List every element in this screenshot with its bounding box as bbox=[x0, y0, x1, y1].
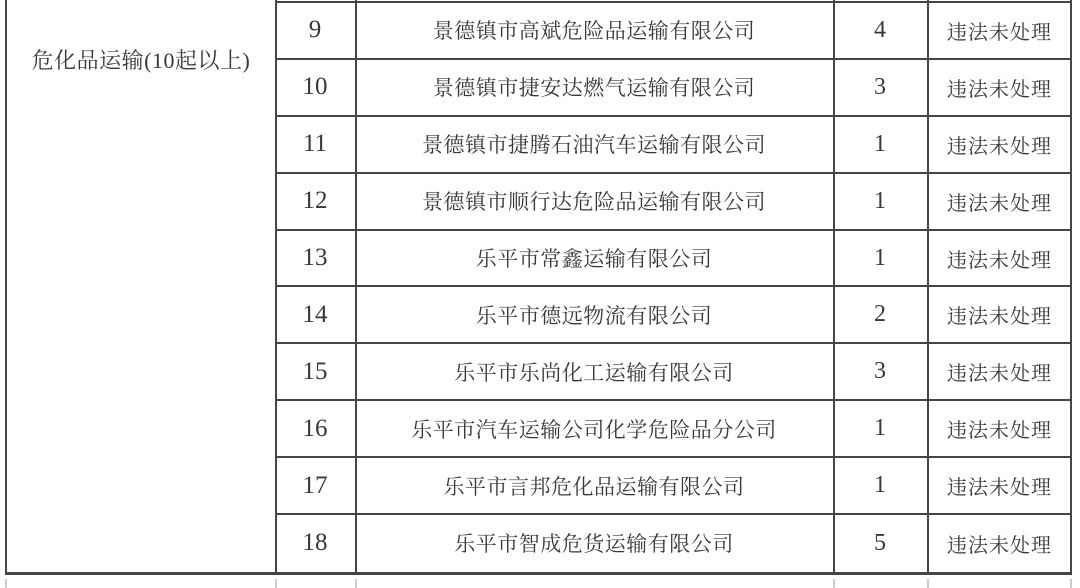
company-name-cell: 乐平市言邦危化品运输有限公司 bbox=[355, 458, 833, 513]
table-row: 11 景德镇市捷腾石油汽车运输有限公司 1 违法未处理 bbox=[275, 117, 1072, 174]
grid-line-category-number bbox=[275, 0, 277, 575]
grid-line-stub bbox=[355, 579, 357, 588]
row-number-cell: 16 bbox=[275, 401, 355, 456]
company-name-cell: 景德镇市顺行达危险品运输有限公司 bbox=[355, 174, 833, 229]
violation-count-cell: 1 bbox=[833, 117, 927, 172]
grid-line-count-status bbox=[927, 0, 929, 575]
row-number-cell: 10 bbox=[275, 60, 355, 115]
row-number-cell: 13 bbox=[275, 231, 355, 286]
table-row: 9 景德镇市高斌危险品运输有限公司 4 违法未处理 bbox=[275, 3, 1072, 60]
row-number-cell: 18 bbox=[275, 515, 355, 572]
table-row: 16 乐平市汽车运输公司化学危险品分公司 1 违法未处理 bbox=[275, 401, 1072, 458]
company-name-cell: 乐平市常鑫运输有限公司 bbox=[355, 231, 833, 286]
table-rows: 9 景德镇市高斌危险品运输有限公司 4 违法未处理 10 景德镇市捷安达燃气运输… bbox=[275, 1, 1072, 572]
row-number-cell: 12 bbox=[275, 174, 355, 229]
grid-line-stub bbox=[1070, 579, 1072, 588]
company-name-cell: 乐平市汽车运输公司化学危险品分公司 bbox=[355, 401, 833, 456]
table-row: 17 乐平市言邦危化品运输有限公司 1 违法未处理 bbox=[275, 458, 1072, 515]
status-cell: 违法未处理 bbox=[927, 117, 1072, 172]
violation-count-cell: 2 bbox=[833, 287, 927, 342]
row-number-cell: 9 bbox=[275, 3, 355, 58]
table-row: 13 乐平市常鑫运输有限公司 1 违法未处理 bbox=[275, 231, 1072, 288]
violation-count-cell: 1 bbox=[833, 401, 927, 456]
table-bottom-rule bbox=[5, 572, 1072, 575]
table-row: 10 景德镇市捷安达燃气运输有限公司 3 违法未处理 bbox=[275, 60, 1072, 117]
grid-line-left-border bbox=[5, 0, 7, 575]
company-name-cell: 景德镇市捷腾石油汽车运输有限公司 bbox=[355, 117, 833, 172]
row-number-cell: 14 bbox=[275, 287, 355, 342]
row-number-cell: 11 bbox=[275, 117, 355, 172]
violation-count-cell: 1 bbox=[833, 231, 927, 286]
grid-line-stub bbox=[927, 579, 929, 588]
company-name-cell: 乐平市乐尚化工运输有限公司 bbox=[355, 344, 833, 399]
status-cell: 违法未处理 bbox=[927, 344, 1072, 399]
status-cell: 违法未处理 bbox=[927, 60, 1072, 115]
grid-line-company-count bbox=[833, 0, 835, 575]
table-row: 14 乐平市德远物流有限公司 2 违法未处理 bbox=[275, 287, 1072, 344]
row-number-cell: 17 bbox=[275, 458, 355, 513]
status-cell: 违法未处理 bbox=[927, 515, 1072, 572]
violation-count-cell: 1 bbox=[833, 458, 927, 513]
status-cell: 违法未处理 bbox=[927, 174, 1072, 229]
row-number-cell: 15 bbox=[275, 344, 355, 399]
status-cell: 违法未处理 bbox=[927, 458, 1072, 513]
table-row: 18 乐平市智成危货运输有限公司 5 违法未处理 bbox=[275, 515, 1072, 572]
grid-line-stub bbox=[5, 579, 7, 588]
company-name-cell: 乐平市德远物流有限公司 bbox=[355, 287, 833, 342]
status-cell: 违法未处理 bbox=[927, 287, 1072, 342]
company-name-cell: 景德镇市捷安达燃气运输有限公司 bbox=[355, 60, 833, 115]
company-name-cell: 乐平市智成危货运输有限公司 bbox=[355, 515, 833, 572]
document-table-screenshot: 危化品运输(10起以上) 9 景德镇市高斌危险品运输有限公司 4 违法未处理 1… bbox=[0, 0, 1080, 588]
violation-count-cell: 3 bbox=[833, 344, 927, 399]
violation-count-cell: 1 bbox=[833, 174, 927, 229]
grid-line-stub bbox=[833, 579, 835, 588]
violation-count-cell: 3 bbox=[833, 60, 927, 115]
company-name-cell: 景德镇市高斌危险品运输有限公司 bbox=[355, 3, 833, 58]
violation-table: 危化品运输(10起以上) 9 景德镇市高斌危险品运输有限公司 4 违法未处理 1… bbox=[5, 0, 1072, 588]
table-row: 12 景德镇市顺行达危险品运输有限公司 1 违法未处理 bbox=[275, 174, 1072, 231]
grid-line-right-border bbox=[1070, 0, 1072, 575]
status-cell: 违法未处理 bbox=[927, 401, 1072, 456]
violation-count-cell: 4 bbox=[833, 3, 927, 58]
grid-line-stub bbox=[275, 579, 277, 588]
category-cell: 危化品运输(10起以上) bbox=[7, 46, 275, 76]
grid-line-number-company bbox=[355, 0, 357, 575]
status-cell: 违法未处理 bbox=[927, 3, 1072, 58]
violation-count-cell: 5 bbox=[833, 515, 927, 572]
table-row: 15 乐平市乐尚化工运输有限公司 3 违法未处理 bbox=[275, 344, 1072, 401]
status-cell: 违法未处理 bbox=[927, 231, 1072, 286]
